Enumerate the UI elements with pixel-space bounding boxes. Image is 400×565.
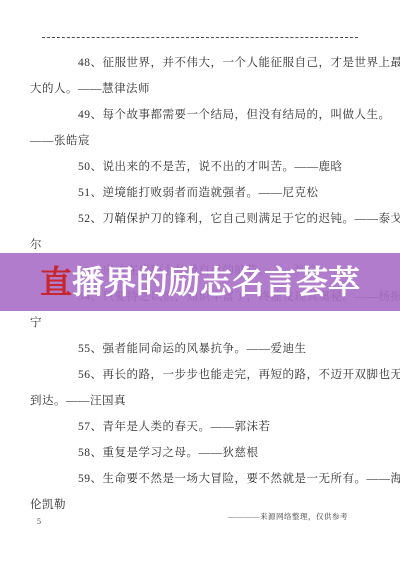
quote-line: 49、每个故事都需要一个结局，但没有结局的，叫做人生。 [0,102,400,128]
quote-line: 52、刀鞘保护刀的锋利，它自己则满足于它的迟钝。——泰戈 [0,206,400,232]
page-title: 直播界的励志名言荟萃 [40,266,360,298]
quote-48: 48、征服世界，并不伟大，一个人能征服自己，才是世界上最伟 大的人。——慧律法师 [0,50,400,102]
quote-line: 48、征服世界，并不伟大，一个人能征服自己，才是世界上最伟 [0,50,400,76]
page-number: 5 [37,517,41,526]
quote-55: 55、强者能同命运的风暴抗争。——爱迪生 [0,336,400,362]
quote-50: 50、说出来的不是苦，说不出的才叫苦。——鹿晗 [0,154,400,180]
quote-line: 50、说出来的不是苦，说不出的才叫苦。——鹿晗 [0,154,400,180]
quote-line: 56、再长的路，一步步也能走完，再短的路，不迈开双脚也无法 [0,362,400,388]
title-rest-text: 播界的励志名言荟萃 [72,263,360,301]
quote-line: 大的人。——慧律法师 [0,76,400,102]
quote-line: ——张皓宸 [0,128,400,154]
dashed-divider [42,37,358,38]
quote-line: 到达。——汪国真 [0,388,400,414]
quote-line: 58、重复是学习之母。——狄慈根 [0,440,400,466]
quote-line: 51、逆境能打败弱者而造就强者。——尼克松 [0,180,400,206]
quote-57: 57、青年是人类的春天。——郭沫若 [0,414,400,440]
title-banner: 直播界的励志名言荟萃 [0,253,400,311]
footer-note: ————来源网络整理，仅供参考 [228,511,348,522]
document-page: 48、征服世界，并不伟大，一个人能征服自己，才是世界上最伟 大的人。——慧律法师… [0,0,400,565]
quote-line: 55、强者能同命运的风暴抗争。——爱迪生 [0,336,400,362]
quote-52: 52、刀鞘保护刀的锋利，它自己则满足于它的迟钝。——泰戈 尔 [0,206,400,258]
title-first-char: 直 [40,263,72,301]
quote-58: 58、重复是学习之母。——狄慈根 [0,440,400,466]
quote-51: 51、逆境能打败弱者而造就强者。——尼克松 [0,180,400,206]
quote-56: 56、再长的路，一步步也能走完，再短的路，不迈开双脚也无法 到达。——汪国真 [0,362,400,414]
quote-line: 宁 [0,310,400,336]
quote-49: 49、每个故事都需要一个结局，但没有结局的，叫做人生。 ——张皓宸 [0,102,400,154]
quote-line: 59、生命要不然是一场大冒险，要不然就是一无所有。——海 [0,466,400,492]
quote-line: 57、青年是人类的春天。——郭沫若 [0,414,400,440]
